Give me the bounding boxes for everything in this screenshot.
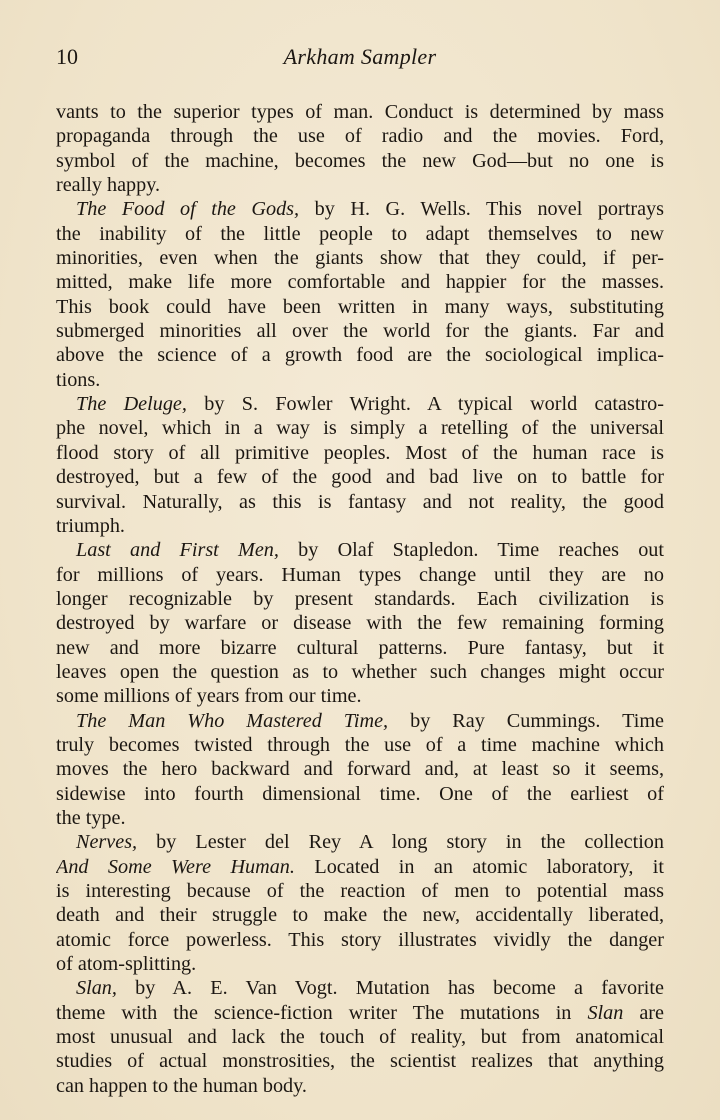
line-text: above the science of a growth food are t… xyxy=(56,344,664,366)
line-text: minorities, even when the giants show th… xyxy=(56,247,664,269)
book-title-italic: Nerves, xyxy=(76,831,137,853)
line-text: longer recognizable by present standards… xyxy=(56,588,664,610)
line-text: Located in an atomic laboratory, it xyxy=(295,856,664,878)
line-text: atomic force powerless. This story illus… xyxy=(56,929,664,951)
book-title-italic: And Some Were Human. xyxy=(56,856,295,878)
text-line: triumph. xyxy=(56,514,664,538)
line-text: survival. Naturally, as this is fantasy … xyxy=(56,491,664,513)
line-text: destroyed, but a few of the good and bad… xyxy=(56,466,664,488)
text-line: theme with the science-fiction writer Th… xyxy=(56,1001,664,1025)
line-text: vants to the superior types of man. Cond… xyxy=(56,101,664,123)
line-text: truly becomes twisted through the use of… xyxy=(56,734,664,756)
text-line: The Deluge, by S. Fowler Wright. A typic… xyxy=(56,392,664,416)
line-text: symbol of the machine, becomes the new G… xyxy=(56,150,664,172)
line-text: propaganda through the use of radio and … xyxy=(56,125,664,147)
book-title-italic: Slan xyxy=(587,1002,623,1024)
text-line: destroyed by warfare or disease with the… xyxy=(56,611,664,635)
line-text: sidewise into fourth dimensional time. O… xyxy=(56,783,664,805)
text-line: some millions of years from our time. xyxy=(56,684,664,708)
text-line: phe novel, which in a way is simply a re… xyxy=(56,416,664,440)
line-text: phe novel, which in a way is simply a re… xyxy=(56,417,664,439)
line-text: theme with the science-fiction writer Th… xyxy=(56,1002,587,1024)
text-line: new and more bizarre cultural patterns. … xyxy=(56,636,664,660)
text-line: Nerves, by Lester del Rey A long story i… xyxy=(56,830,664,854)
paragraph-food-of-the-gods: The Food of the Gods, by H. G. Wells. Th… xyxy=(56,197,664,392)
line-text: by Olaf Stapledon. Time reaches out xyxy=(279,539,664,561)
paragraph-nerves: Nerves, by Lester del Rey A long story i… xyxy=(56,830,664,976)
line-text: the inability of the little people to ad… xyxy=(56,223,664,245)
line-text: flood story of all primitive peoples. Mo… xyxy=(56,442,664,464)
line-text: can happen to the human body. xyxy=(56,1075,307,1097)
text-line: truly becomes twisted through the use of… xyxy=(56,733,664,757)
paragraph-man-who-mastered-time: The Man Who Mastered Time, by Ray Cummin… xyxy=(56,709,664,831)
text-line: Last and First Men, by Olaf Stapledon. T… xyxy=(56,538,664,562)
text-line: above the science of a growth food are t… xyxy=(56,343,664,367)
book-title-italic: The Deluge, xyxy=(76,393,187,415)
text-line: can happen to the human body. xyxy=(56,1074,664,1098)
line-text: leaves open the question as to whether s… xyxy=(56,661,664,683)
text-line: sidewise into fourth dimensional time. O… xyxy=(56,782,664,806)
text-line: mitted, make life more comfortable and h… xyxy=(56,270,664,294)
line-text: are xyxy=(623,1002,664,1024)
text-line: really happy. xyxy=(56,173,664,197)
line-text: by S. Fowler Wright. A typical world cat… xyxy=(187,393,664,415)
text-line: And Some Were Human. Located in an atomi… xyxy=(56,855,664,879)
text-line: symbol of the machine, becomes the new G… xyxy=(56,149,664,173)
line-text: studies of actual monstrosities, the sci… xyxy=(56,1050,664,1072)
text-line: flood story of all primitive peoples. Mo… xyxy=(56,441,664,465)
text-line: The Man Who Mastered Time, by Ray Cummin… xyxy=(56,709,664,733)
paragraph-last-and-first-men: Last and First Men, by Olaf Stapledon. T… xyxy=(56,538,664,708)
book-title-italic: The Man Who Mastered Time, xyxy=(76,710,388,732)
text-line: the inability of the little people to ad… xyxy=(56,222,664,246)
text-line: for millions of years. Human types chang… xyxy=(56,563,664,587)
text-line: The Food of the Gods, by H. G. Wells. Th… xyxy=(56,197,664,221)
line-text: mitted, make life more comfortable and h… xyxy=(56,271,664,293)
line-text: of atom-splitting. xyxy=(56,953,196,975)
text-line: atomic force powerless. This story illus… xyxy=(56,928,664,952)
text-line: vants to the superior types of man. Cond… xyxy=(56,100,664,124)
line-text: by Lester del Rey A long story in the co… xyxy=(137,831,664,853)
line-text: This book could have been written in man… xyxy=(56,296,664,318)
book-title-italic: Slan, xyxy=(76,977,117,999)
line-text: destroyed by warfare or disease with the… xyxy=(56,612,664,634)
text-line: Slan, by A. E. Van Vogt. Mutation has be… xyxy=(56,976,664,1000)
text-line: tions. xyxy=(56,368,664,392)
text-line: moves the hero backward and forward and,… xyxy=(56,757,664,781)
paragraph-the-deluge: The Deluge, by S. Fowler Wright. A typic… xyxy=(56,392,664,538)
line-text: most unusual and lack the touch of reali… xyxy=(56,1026,664,1048)
book-page: 10 Arkham Sampler vants to the superior … xyxy=(0,0,720,1120)
running-head: 10 Arkham Sampler xyxy=(56,44,664,74)
book-title-italic: Last and First Men, xyxy=(76,539,279,561)
line-text: some millions of years from our time. xyxy=(56,685,362,707)
text-line: submerged minorities all over the world … xyxy=(56,319,664,343)
book-title-italic: The Food of the Gods, xyxy=(76,198,299,220)
line-text: by H. G. Wells. This novel portrays xyxy=(299,198,664,220)
text-line: is interesting because of the reaction o… xyxy=(56,879,664,903)
text-line: minorities, even when the giants show th… xyxy=(56,246,664,270)
text-line: propaganda through the use of radio and … xyxy=(56,124,664,148)
line-text: triumph. xyxy=(56,515,125,537)
text-line: the type. xyxy=(56,806,664,830)
line-text: tions. xyxy=(56,369,100,391)
text-line: longer recognizable by present standards… xyxy=(56,587,664,611)
line-text: really happy. xyxy=(56,174,160,196)
text-line: of atom-splitting. xyxy=(56,952,664,976)
text-line: death and their struggle to make the new… xyxy=(56,903,664,927)
running-head-title: Arkham Sampler xyxy=(56,44,664,70)
text-line: survival. Naturally, as this is fantasy … xyxy=(56,490,664,514)
text-line: studies of actual monstrosities, the sci… xyxy=(56,1049,664,1073)
body-text: vants to the superior types of man. Cond… xyxy=(56,100,664,1098)
line-text: for millions of years. Human types chang… xyxy=(56,564,664,586)
line-text: submerged minorities all over the world … xyxy=(56,320,664,342)
line-text: by Ray Cummings. Time xyxy=(388,710,664,732)
paragraph-brave-new-world-continued: vants to the superior types of man. Cond… xyxy=(56,100,664,197)
line-text: moves the hero backward and forward and,… xyxy=(56,758,664,780)
paragraph-slan: Slan, by A. E. Van Vogt. Mutation has be… xyxy=(56,976,664,1098)
text-line: destroyed, but a few of the good and bad… xyxy=(56,465,664,489)
line-text: death and their struggle to make the new… xyxy=(56,904,664,926)
line-text: the type. xyxy=(56,807,126,829)
line-text: new and more bizarre cultural patterns. … xyxy=(56,637,664,659)
line-text: is interesting because of the reaction o… xyxy=(56,880,664,902)
text-line: leaves open the question as to whether s… xyxy=(56,660,664,684)
text-line: most unusual and lack the touch of reali… xyxy=(56,1025,664,1049)
line-text: by A. E. Van Vogt. Mutation has become a… xyxy=(117,977,664,999)
text-line: This book could have been written in man… xyxy=(56,295,664,319)
